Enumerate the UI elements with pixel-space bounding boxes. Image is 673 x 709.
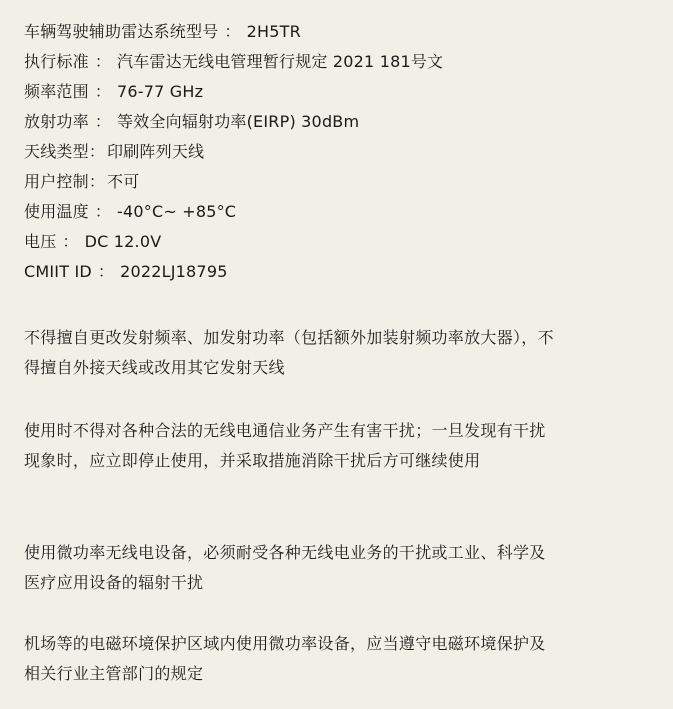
spec-value: 汽车雷达无线电管理暂行规定 2021 181号文 [117,52,443,71]
spec-label: 电压 [24,232,56,251]
spec-separator: ： [89,112,117,131]
spec-label: CMIIT ID [24,262,92,281]
spec-label: 放射功率 [24,112,89,131]
notice-paragraph-tolerance: 使用微功率无线电设备，必须耐受各种无线电业务的干扰或工业、科学及医疗应用设备的辐… [24,538,554,598]
spec-value: 2H5TR [247,22,301,41]
spec-label: 使用温度 [24,202,89,221]
spec-value: 2022LJ18795 [120,262,227,281]
spec-separator: ： [56,232,84,251]
radar-label-document: 车辆驾驶辅助雷达系统型号：2H5TR 执行标准：汽车雷达无线电管理暂行规定 20… [0,0,673,709]
spec-row-standard: 执行标准：汽车雷达无线电管理暂行规定 2021 181号文 [24,47,443,77]
spec-row-model: 车辆驾驶辅助雷达系统型号：2H5TR [24,17,443,47]
notice-paragraph-frequency: 不得擅自更改发射频率、加发射功率（包括额外加装射频功率放大器），不得擅自外接天线… [24,323,554,383]
notice-paragraph-protected-zones: 机场等的电磁环境保护区域内使用微功率设备，应当遵守电磁环境保护及相关行业主管部门… [24,629,554,689]
spec-value: 76-77 GHz [117,82,203,101]
spec-row-cmiit-id: CMIIT ID：2022LJ18795 [24,257,443,287]
spec-row-user-control: 用户控制：不可 [24,167,443,197]
spec-value: -40°C~ +85°C [117,202,236,221]
spec-separator: ： [89,172,107,191]
spec-row-power: 放射功率：等效全向辐射功率(EIRP) 30dBm [24,107,443,137]
spec-label: 频率范围 [24,82,89,101]
spec-separator: ： [89,202,117,221]
spec-value: 不可 [107,172,139,191]
spec-label: 车辆驾驶辅助雷达系统型号 [24,22,218,41]
spec-row-temperature: 使用温度：-40°C~ +85°C [24,197,443,227]
spec-list: 车辆驾驶辅助雷达系统型号：2H5TR 执行标准：汽车雷达无线电管理暂行规定 20… [24,17,443,287]
spec-separator: ： [89,82,117,101]
spec-value: 印刷阵列天线 [107,142,204,161]
spec-separator: ： [218,22,246,41]
spec-value: DC 12.0V [85,232,162,251]
spec-row-antenna: 天线类型：印刷阵列天线 [24,137,443,167]
spec-separator: ： [89,52,117,71]
notice-paragraph-interference: 使用时不得对各种合法的无线电通信业务产生有害干扰；一旦发现有干扰现象时，应立即停… [24,416,554,476]
spec-label: 执行标准 [24,52,89,71]
spec-label: 用户控制 [24,172,89,191]
spec-value: 等效全向辐射功率(EIRP) 30dBm [117,112,359,131]
spec-separator: ： [89,142,107,161]
spec-separator: ： [92,262,120,281]
spec-row-voltage: 电压：DC 12.0V [24,227,443,257]
spec-row-frequency: 频率范围：76-77 GHz [24,77,443,107]
spec-label: 天线类型 [24,142,89,161]
